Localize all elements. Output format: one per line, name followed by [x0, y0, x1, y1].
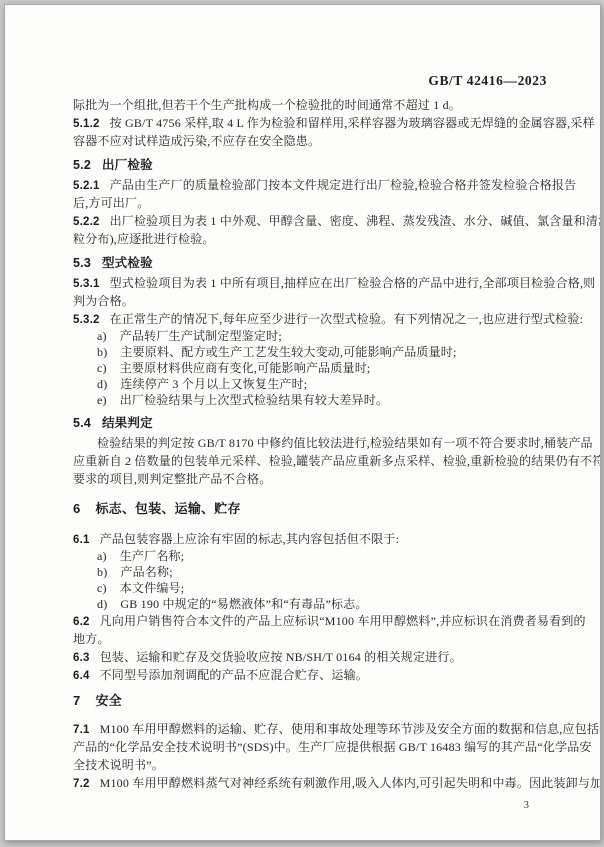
clause-line: 6.1产品包装容器上应涂有牢固的标志,其内容包括但不限于: — [73, 530, 547, 548]
heading-text: 结果判定 — [102, 416, 153, 430]
line-text: M100 车用甲醇燃料蒸气对神经系统有刺激作用,吸入人体内,可引起失明和中毒。因… — [100, 776, 601, 790]
line-text: 判为合格。 — [73, 294, 134, 308]
clause-line: 5.1.2按 GB/T 4756 采样,取 4 L 作为检验和留样用,采样容器为… — [73, 114, 547, 132]
line-text: 要求的项目,则判定整批产品不合格。 — [73, 472, 271, 486]
clause-line: 7.2M100 车用甲醇燃料蒸气对神经系统有刺激作用,吸入人体内,可引起失明和中… — [73, 774, 547, 792]
list-marker: a) — [97, 329, 107, 343]
clause-line: 5.2.2出厂检验项目为表 1 中外观、甲醇含量、密度、沸程、蒸发残渣、水分、碱… — [73, 212, 547, 230]
line-text: 在正常生产的情况下,每年应至少进行一次型式检验。有下列情况之一,也应进行型式检验… — [110, 312, 584, 326]
heading-text: 标志、包装、运输、贮存 — [95, 501, 240, 516]
paragraph-line: 容器不应对试样造成污染,不应存在安全隐患。 — [73, 132, 547, 150]
subsection-heading: 5.4结果判定 — [73, 414, 547, 432]
section-heading: 6标志、包装、运输、贮存 — [73, 500, 547, 518]
line-text: 凡向用户销售符合本文件的产品上应标识“M100 车用甲醇燃料”,并应标识在消费者… — [100, 614, 586, 628]
clause-number: 6.4 — [73, 670, 90, 682]
list-item: b)主要原料、配方或生产工艺发生较大变动,可能影响产品质量时; — [73, 344, 547, 360]
line-text: 应重新自 2 倍数量的包装单元采样、检验,罐装产品应重新多点采样、检验,重新检验… — [73, 454, 601, 468]
list-marker: b) — [97, 565, 107, 579]
line-text: 连续停产 3 个月以上又恢复生产时; — [120, 377, 307, 391]
clause-number: 7.2 — [73, 778, 90, 790]
heading-number: 5.2 — [73, 158, 91, 172]
subsection-heading: 5.2出厂检验 — [73, 156, 547, 174]
paragraph-line: 后,方可出厂。 — [73, 194, 547, 212]
line-text: 出厂检验结果与上次型式检验结果有较大差异时。 — [120, 393, 388, 407]
heading-number: 5.3 — [73, 256, 91, 270]
line-text: 按 GB/T 4756 采样,取 4 L 作为检验和留样用,采样容器为玻璃容器或… — [110, 116, 595, 130]
paragraph-line: 判为合格。 — [73, 292, 547, 310]
line-text: 生产厂名称; — [120, 549, 185, 563]
list-item: a)产品转厂生产试制定型鉴定时; — [73, 328, 547, 344]
standard-code: GB/T 42416—2023 — [428, 73, 547, 88]
clause-number: 6.2 — [73, 616, 90, 628]
clause-line: 5.3.2在正常生产的情况下,每年应至少进行一次型式检验。有下列情况之一,也应进… — [73, 310, 547, 328]
line-text: 全技术说明书”。 — [73, 758, 164, 772]
line-text: 地方。 — [73, 632, 110, 646]
clause-number: 6.1 — [73, 534, 90, 546]
line-text: 出厂检验项目为表 1 中外观、甲醇含量、密度、沸程、蒸发残渣、水分、碱值、氯含量… — [110, 214, 601, 228]
line-text: GB 190 中规定的“易燃液体”和“有毒品”标志。 — [120, 597, 367, 611]
paragraph-line: 际批为一个组批,但若干个生产批构成一个检验批的时间通常不超过 1 d。 — [73, 96, 547, 114]
list-item: b)产品名称; — [73, 564, 547, 580]
heading-text: 安全 — [95, 693, 121, 708]
paragraph-line: 产品的“化学品安全技术说明书”(SDS)中。生产厂应提供根据 GB/T 1648… — [73, 738, 547, 756]
paragraph-line: 全技术说明书”。 — [73, 756, 547, 774]
line-text: 产品包装容器上应涂有牢固的标志,其内容包括但不限于: — [100, 532, 400, 546]
line-text: 后,方可出厂。 — [73, 196, 149, 210]
clause-number: 5.2.2 — [73, 216, 100, 228]
page-number: 3 — [73, 797, 547, 813]
list-marker: c) — [97, 361, 107, 375]
clause-number: 6.3 — [73, 652, 90, 664]
list-item: c)本文件编号; — [73, 580, 547, 596]
paragraph-line: 检验结果的判定按 GB/T 8170 中修约值比较法进行,检验结果如有一项不符合… — [73, 434, 547, 452]
line-text: 主要原料、配方或生产工艺发生较大变动,可能影响产品质量时; — [120, 345, 456, 359]
clause-number: 5.2.1 — [73, 180, 100, 192]
clause-line: 5.2.1产品由生产厂的质量检验部门按本文件规定进行出厂检验,检验合格并签发检验… — [73, 176, 547, 194]
list-item: c)主要原材料供应商有变化,可能影响产品质量时; — [73, 360, 547, 376]
clause-line: 6.4不同型号添加剂调配的产品不应混合贮存、运输。 — [73, 666, 547, 684]
line-text: 产品的“化学品安全技术说明书”(SDS)中。生产厂应提供根据 GB/T 1648… — [73, 740, 592, 754]
clause-number: 7.1 — [73, 724, 90, 736]
clause-line: 6.3包装、运输和贮存及交货验收应按 NB/SH/T 0164 的相关规定进行。 — [73, 648, 547, 666]
paragraph-line: 应重新自 2 倍数量的包装单元采样、检验,罐装产品应重新多点采样、检验,重新检验… — [73, 452, 547, 470]
heading-number: 6 — [73, 501, 80, 516]
line-text: 型式检验项目为表 1 中所有项目,抽样应在出厂检验合格的产品中进行,全部项目检验… — [110, 276, 596, 290]
line-text: 包装、运输和贮存及交货验收应按 NB/SH/T 0164 的相关规定进行。 — [100, 650, 462, 664]
subsection-heading: 5.3型式检验 — [73, 254, 547, 272]
document-body: 际批为一个组批,但若干个生产批构成一个检验批的时间通常不超过 1 d。 5.1.… — [73, 96, 547, 792]
line-text: 产品转厂生产试制定型鉴定时; — [120, 329, 282, 343]
list-marker: a) — [97, 549, 107, 563]
line-text: 产品由生产厂的质量检验部门按本文件规定进行出厂检验,检验合格并签发检验合格报告 — [110, 178, 577, 192]
document-page: GB/T 42416—2023 际批为一个组批,但若干个生产批构成一个检验批的时… — [4, 4, 601, 841]
line-text: 际批为一个组批,但若干个生产批构成一个检验批的时间通常不超过 1 d。 — [73, 98, 461, 112]
paragraph-line: 粒分布),应逐批进行检验。 — [73, 230, 547, 248]
line-text: 产品名称; — [120, 565, 172, 579]
list-marker: c) — [97, 581, 107, 595]
clause-line: 7.1M100 车用甲醇燃料的运输、贮存、使用和事故处理等环节涉及安全方面的数据… — [73, 720, 547, 738]
line-text: 本文件编号; — [120, 581, 185, 595]
heading-text: 型式检验 — [102, 256, 153, 270]
list-item: e)出厂检验结果与上次型式检验结果有较大差异时。 — [73, 392, 547, 408]
clause-line: 5.3.1型式检验项目为表 1 中所有项目,抽样应在出厂检验合格的产品中进行,全… — [73, 274, 547, 292]
paragraph-line: 地方。 — [73, 630, 547, 648]
line-text: 粒分布),应逐批进行检验。 — [73, 232, 215, 246]
page-header: GB/T 42416—2023 — [73, 72, 547, 89]
clause-line: 6.2凡向用户销售符合本文件的产品上应标识“M100 车用甲醇燃料”,并应标识在… — [73, 612, 547, 630]
line-text: 不同型号添加剂调配的产品不应混合贮存、运输。 — [100, 668, 368, 682]
line-text: M100 车用甲醇燃料的运输、贮存、使用和事故处理等环节涉及安全方面的数据和信息… — [100, 722, 601, 736]
heading-number: 7 — [73, 693, 80, 708]
clause-number: 5.3.2 — [73, 314, 100, 326]
line-text: 主要原材料供应商有变化,可能影响产品质量时; — [120, 361, 371, 375]
line-text: 检验结果的判定按 GB/T 8170 中修约值比较法进行,检验结果如有一项不符合… — [97, 436, 593, 450]
list-marker: b) — [97, 345, 107, 359]
list-item: d)连续停产 3 个月以上又恢复生产时; — [73, 376, 547, 392]
heading-text: 出厂检验 — [102, 158, 153, 172]
clause-number: 5.3.1 — [73, 278, 100, 290]
paragraph-line: 要求的项目,则判定整批产品不合格。 — [73, 470, 547, 488]
clause-number: 5.1.2 — [73, 118, 100, 130]
list-item: d)GB 190 中规定的“易燃液体”和“有毒品”标志。 — [73, 596, 547, 612]
list-marker: d) — [97, 377, 107, 391]
line-text: 容器不应对试样造成污染,不应存在安全隐患。 — [73, 134, 320, 148]
list-item: a)生产厂名称; — [73, 548, 547, 564]
section-heading: 7安全 — [73, 692, 547, 710]
heading-number: 5.4 — [73, 416, 91, 430]
list-marker: e) — [97, 393, 107, 407]
list-marker: d) — [97, 597, 107, 611]
